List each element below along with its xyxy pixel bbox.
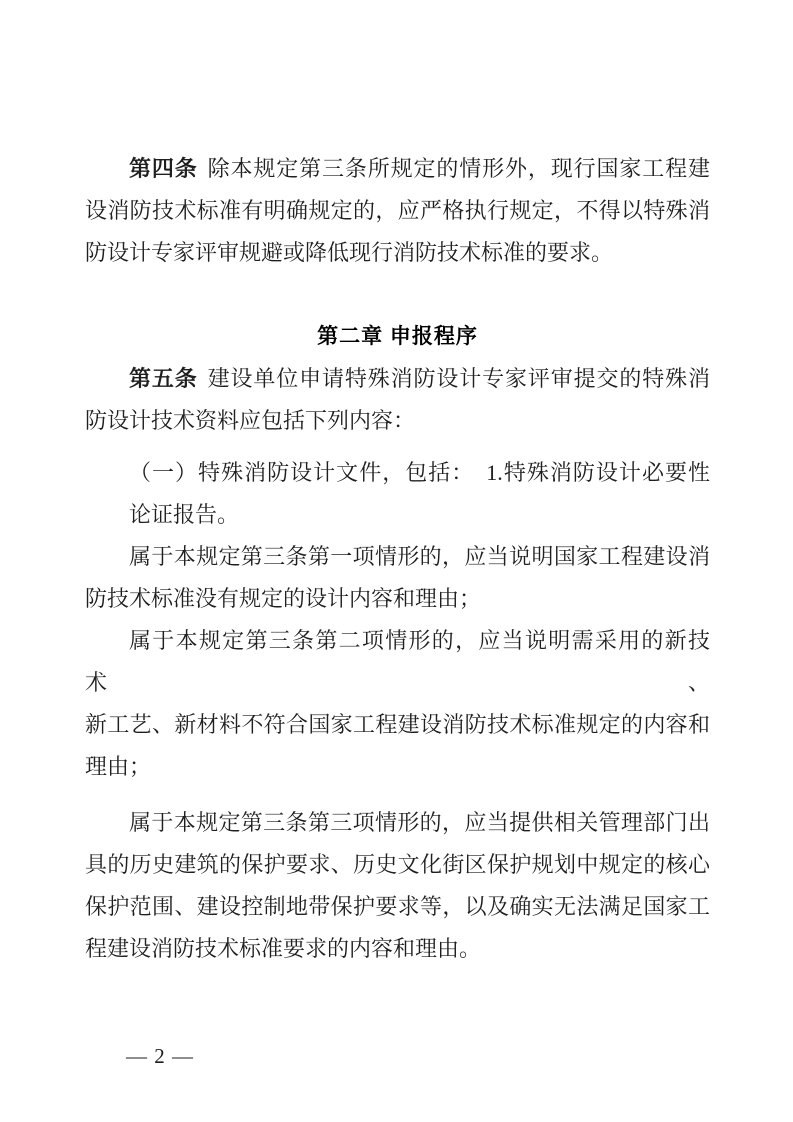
paragraph-line: 程建设消防技术标准要求的内容和理由。	[85, 928, 710, 970]
paragraph-line: 属于本规定第三条第二项情形的，应当说明需采用的新技术、	[85, 620, 710, 704]
paragraph-line: 防设计专家评审规避或降低现行消防技术标准的要求。	[85, 232, 710, 274]
paragraph-line: 第五条建设单位申请特殊消防设计专家评审提交的特殊消	[85, 358, 710, 400]
paragraph-line: 理由；	[85, 746, 710, 788]
article-4-number: 第四条	[129, 156, 198, 181]
paragraph-line: 属于本规定第三条第三项情形的，应当提供相关管理部门出	[85, 802, 710, 844]
page-number: — 2 —	[126, 1044, 194, 1068]
article-4-text: 除本规定第三条所规定的情形外，现行国家工程建	[208, 156, 710, 181]
chapter-2-heading: 第二章 申报程序	[85, 316, 710, 358]
paragraph-line: 具的历史建筑的保护要求、历史文化街区保护规划中规定的核心	[85, 844, 710, 886]
paragraph-line: 新工艺、新材料不符合国家工程建设消防技术标准规定的内容和	[85, 704, 710, 746]
clause-2-paragraph: 属于本规定第三条第二项情形的，应当说明需采用的新技术、 新工艺、新材料不符合国家…	[85, 620, 710, 788]
article-5-text: 建设单位申请特殊消防设计专家评审提交的特殊消	[208, 366, 710, 391]
paragraph-line: （一）特殊消防设计文件，包括： 1.特殊消防设计必要性	[85, 452, 710, 494]
article-5-number: 第五条	[129, 366, 198, 391]
paragraph-line: 属于本规定第三条第一项情形的，应当说明国家工程建设消	[85, 536, 710, 578]
paragraph-line: 保护范围、建设控制地带保护要求等，以及确实无法满足国家工	[85, 886, 710, 928]
paragraph-line: 第四条除本规定第三条所规定的情形外，现行国家工程建	[85, 148, 710, 190]
paragraph-line: 设消防技术标准有明确规定的，应严格执行规定，不得以特殊消	[85, 190, 710, 232]
clause-3-paragraph: 属于本规定第三条第三项情形的，应当提供相关管理部门出 具的历史建筑的保护要求、历…	[85, 802, 710, 970]
paragraph-line: 防技术标准没有规定的设计内容和理由；	[85, 578, 710, 620]
paragraph-line: 防设计技术资料应包括下列内容：	[85, 400, 710, 442]
document-body: 第四条除本规定第三条所规定的情形外，现行国家工程建 设消防技术标准有明确规定的，…	[85, 148, 710, 970]
article-4-paragraph: 第四条除本规定第三条所规定的情形外，现行国家工程建 设消防技术标准有明确规定的，…	[85, 148, 710, 274]
item-1-paragraph: （一）特殊消防设计文件，包括： 1.特殊消防设计必要性 论证报告。	[85, 452, 710, 536]
document-page: 第四条除本规定第三条所规定的情形外，现行国家工程建 设消防技术标准有明确规定的，…	[0, 0, 793, 1122]
paragraph-line: 论证报告。	[85, 494, 710, 536]
article-5-paragraph: 第五条建设单位申请特殊消防设计专家评审提交的特殊消 防设计技术资料应包括下列内容…	[85, 358, 710, 442]
clause-1-paragraph: 属于本规定第三条第一项情形的，应当说明国家工程建设消 防技术标准没有规定的设计内…	[85, 536, 710, 620]
